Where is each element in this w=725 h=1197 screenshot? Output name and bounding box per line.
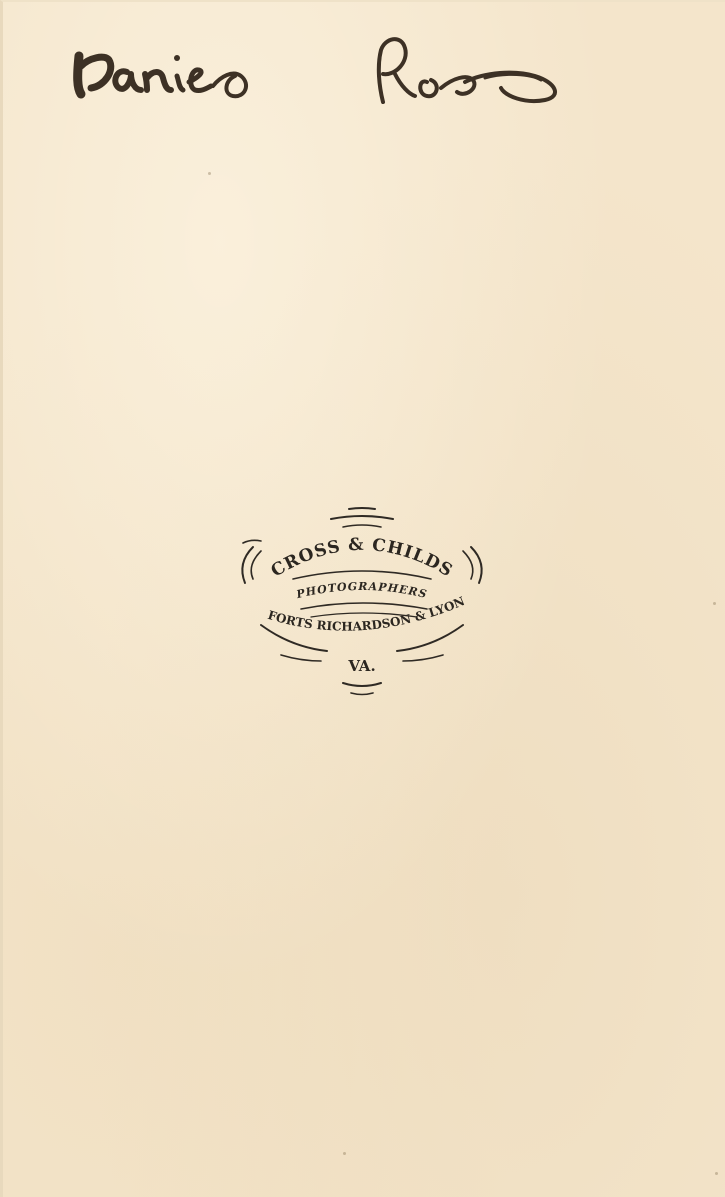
imprint-location: FORTS RICHARDSON & LYON	[266, 594, 467, 634]
handwritten-inscription: Daniel Ross	[65, 16, 625, 116]
paper-speck	[208, 172, 211, 175]
imprint-state: VA.	[347, 657, 375, 675]
paper-speck	[713, 602, 716, 605]
svg-text:CROSS & CHILDS: CROSS & CHILDS	[268, 535, 457, 582]
imprint-studio-name: CROSS & CHILDS	[268, 535, 457, 582]
imprint-profession: PHOTOGRAPHERS	[294, 580, 429, 601]
svg-text:PHOTOGRAPHERS: PHOTOGRAPHERS	[294, 580, 429, 601]
photo-card-back: Daniel Ross	[0, 0, 725, 1197]
paper-speck	[343, 1152, 346, 1155]
svg-text:FORTS RICHARDSON & LYON: FORTS RICHARDSON & LYON	[266, 594, 467, 634]
paper-speck	[715, 1172, 718, 1175]
photographer-imprint: CROSS & CHILDS PHOTOGRAPHERS FORTS RICHA…	[231, 505, 493, 700]
signature-ink-icon	[65, 16, 625, 116]
